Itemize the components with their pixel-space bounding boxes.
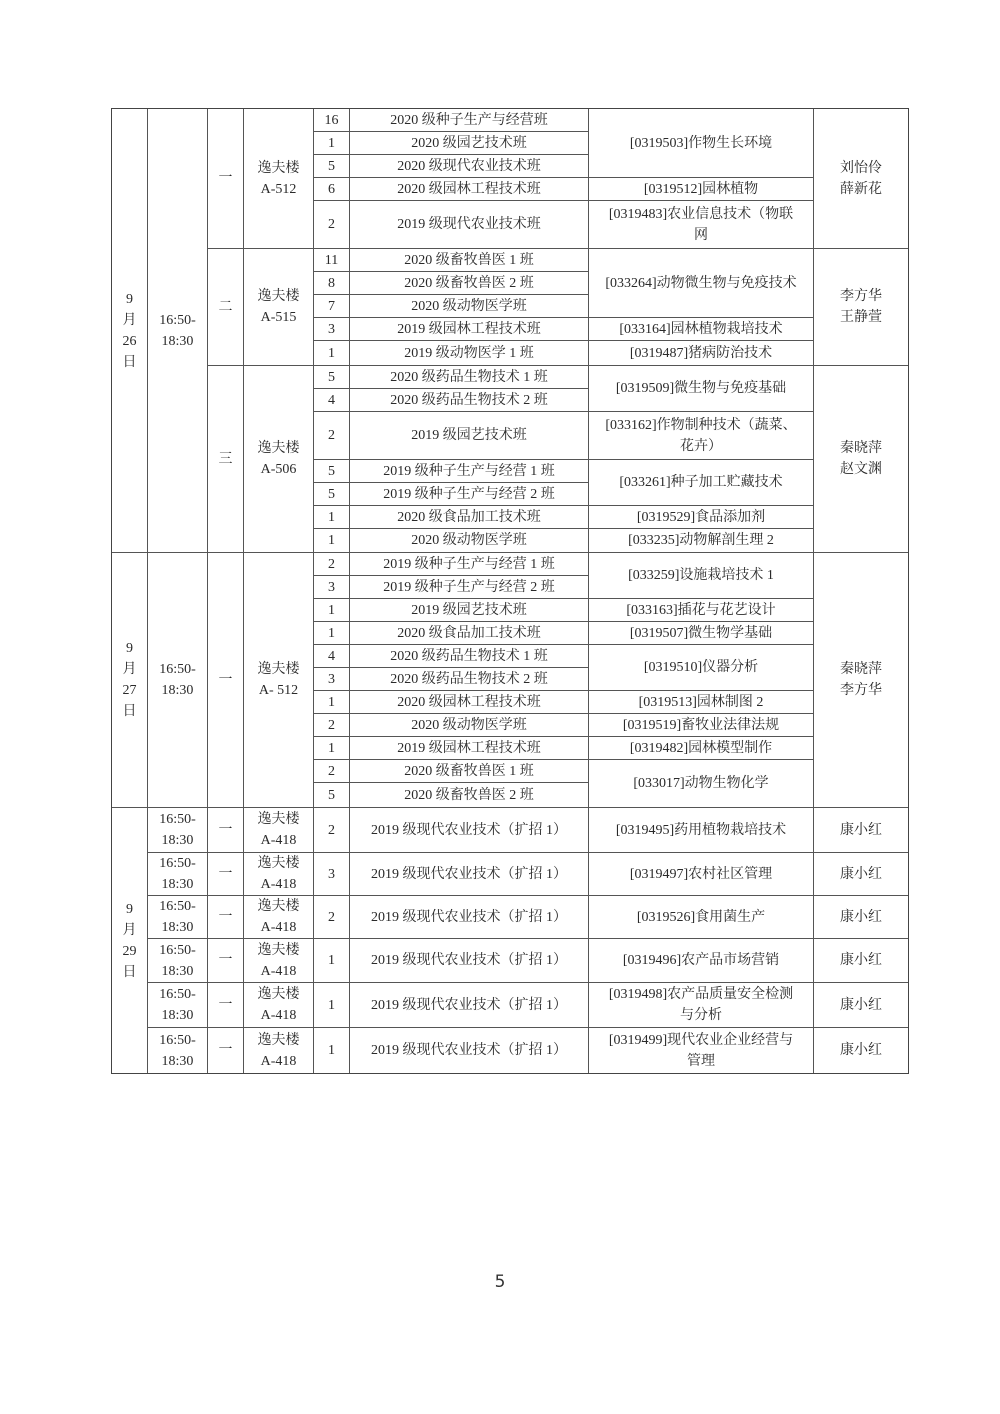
room-cell-text: A-515	[258, 307, 300, 328]
count-cell-text: 1	[328, 343, 335, 364]
count-cell: 4	[313, 388, 350, 412]
class-cell: 2020 级园林工程技术班	[349, 177, 589, 201]
course-cell-text: [0319495]药用植物栽培技术	[616, 820, 786, 841]
class-cell-text: 2020 级种子生产与经营班	[390, 110, 548, 131]
class-cell: 2020 级种子生产与经营班	[349, 108, 589, 132]
room-cell-text: A-506	[258, 459, 300, 480]
class-cell: 2020 级畜牧兽医 2 班	[349, 782, 589, 808]
time-cell: 16:50-18:30	[147, 807, 208, 853]
count-cell: 3	[313, 317, 350, 341]
count-cell-text: 2	[328, 820, 335, 841]
class-cell-text: 2020 级畜牧兽医 2 班	[404, 273, 534, 294]
date-cell-text: 日	[123, 962, 137, 983]
date-cell-text: 月	[123, 920, 137, 941]
course-cell-text: [033235]动物解剖生理 2	[628, 530, 774, 551]
teacher-cell: 刘怡伶薛新花	[813, 108, 909, 249]
teacher-cell-text: 康小红	[840, 1040, 882, 1061]
class-cell-text: 2019 级现代农业技术（扩招 1）	[371, 907, 567, 928]
teacher-cell-text: 秦晓萍	[840, 659, 882, 680]
class-cell: 2020 级畜牧兽医 2 班	[349, 271, 589, 295]
room-cell: 逸夫楼A-418	[243, 895, 314, 939]
class-cell: 2019 级园林工程技术班	[349, 736, 589, 760]
course-cell-text: [0319513]园林制图 2	[639, 692, 764, 713]
class-cell: 2020 级动物医学班	[349, 294, 589, 318]
class-cell: 2019 级园艺技术班	[349, 598, 589, 622]
class-cell: 2019 级动物医学 1 班	[349, 340, 589, 366]
class-cell-text: 2019 级种子生产与经营 2 班	[383, 577, 555, 598]
count-cell-text: 4	[328, 646, 335, 667]
time-cell-text: 18:30	[159, 961, 196, 982]
course-cell-text: [033017]动物生物化学	[633, 773, 768, 794]
teacher-cell-text: 李方华	[840, 680, 882, 701]
room-cell-text: 逸夫楼	[258, 438, 300, 459]
room-cell-text: A-512	[258, 179, 300, 200]
course-cell-text: [0319499]现代农业企业经营与	[609, 1030, 793, 1051]
date-cell-text: 9	[123, 899, 137, 920]
room-cell-text: 逸夫楼	[258, 896, 300, 917]
teacher-cell: 秦晓萍李方华	[813, 552, 909, 808]
time-cell-text: 18:30	[159, 331, 196, 352]
time-cell-text: 18:30	[159, 1005, 196, 1026]
room-cell-text: A-418	[258, 874, 300, 895]
count-cell: 3	[313, 575, 350, 599]
room-cell: 逸夫楼A-418	[243, 807, 314, 853]
count-cell-text: 1	[328, 995, 335, 1016]
room-cell-text: 逸夫楼	[258, 158, 300, 179]
room-cell-text: A-418	[258, 830, 300, 851]
count-cell: 6	[313, 177, 350, 201]
class-cell: 2019 级现代农业技术班	[349, 200, 589, 249]
count-cell: 11	[313, 248, 350, 272]
course-cell-text: [033163]插花与花艺设计	[626, 600, 775, 621]
course-cell-text: [033259]设施栽培技术 1	[628, 565, 774, 586]
count-cell: 1	[313, 690, 350, 714]
teacher-cell-text: 康小红	[840, 950, 882, 971]
room-cell: 逸夫楼A-418	[243, 982, 314, 1028]
room-cell-text: A-418	[258, 1005, 300, 1026]
class-cell-text: 2019 级现代农业技术（扩招 1）	[371, 1040, 567, 1061]
class-cell: 2020 级现代农业技术班	[349, 154, 589, 178]
count-cell-text: 1	[328, 600, 335, 621]
group-cell: 一	[207, 938, 244, 983]
date-cell-text: 月	[123, 310, 137, 331]
course-cell-text: [0319503]作物生长环境	[630, 133, 772, 154]
course-cell-text: 网	[609, 225, 793, 246]
course-cell: [033264]动物微生物与免疫技术	[588, 248, 814, 318]
time-cell: 16:50-18:30	[147, 895, 208, 939]
class-cell-text: 2019 级种子生产与经营 1 班	[383, 554, 555, 575]
count-cell-text: 11	[325, 250, 338, 271]
course-cell: [033235]动物解剖生理 2	[588, 528, 814, 553]
time-cell-text: 18:30	[159, 830, 196, 851]
course-cell: [033259]设施栽培技术 1	[588, 552, 814, 599]
teacher-cell-text: 李方华	[840, 286, 882, 307]
teacher-cell: 康小红	[813, 852, 909, 896]
class-cell-text: 2019 级现代农业技术班	[397, 214, 541, 235]
count-cell-text: 2	[328, 761, 335, 782]
course-cell-text: [0319482]园林模型制作	[630, 738, 772, 759]
room-cell: 逸夫楼A-515	[243, 248, 314, 366]
group-cell-text: 一	[219, 907, 233, 928]
class-cell: 2019 级种子生产与经营 1 班	[349, 552, 589, 576]
count-cell: 2	[313, 713, 350, 737]
teacher-cell: 康小红	[813, 895, 909, 939]
count-cell: 1	[313, 736, 350, 760]
count-cell: 16	[313, 108, 350, 132]
course-cell-text: [0319509]微生物与免疫基础	[616, 378, 786, 399]
count-cell: 5	[313, 154, 350, 178]
time-cell-text: 18:30	[159, 1051, 196, 1072]
count-cell: 5	[313, 459, 350, 483]
course-cell-text: [0319526]食用菌生产	[637, 907, 765, 928]
course-cell-text: [033261]种子加工贮藏技术	[619, 472, 782, 493]
room-cell-text: 逸夫楼	[258, 853, 300, 874]
class-cell-text: 2019 级园林工程技术班	[397, 738, 541, 759]
course-cell-text: [0319507]微生物学基础	[630, 623, 772, 644]
group-cell: 一	[207, 1027, 244, 1074]
class-cell: 2020 级食品加工技术班	[349, 505, 589, 529]
teacher-cell-text: 薛新花	[840, 179, 882, 200]
course-cell: [033164]园林植物栽培技术	[588, 317, 814, 341]
room-cell-text: A-418	[258, 917, 300, 938]
group-cell: 一	[207, 807, 244, 853]
room-cell-text: A- 512	[258, 680, 300, 701]
course-cell: [0319487]猪病防治技术	[588, 340, 814, 366]
count-cell-text: 5	[328, 367, 335, 388]
class-cell: 2019 级园艺技术班	[349, 411, 589, 460]
time-cell: 16:50-18:30	[147, 108, 208, 553]
course-cell: [0319526]食用菌生产	[588, 895, 814, 939]
course-cell-text: [033162]作物制种技术（蔬菜、	[605, 415, 796, 436]
room-cell-text: 逸夫楼	[258, 809, 300, 830]
class-cell-text: 2020 级园艺技术班	[411, 133, 527, 154]
date-cell-text: 9	[123, 638, 137, 659]
course-cell-text: 管理	[609, 1051, 793, 1072]
class-cell: 2020 级园林工程技术班	[349, 690, 589, 714]
course-cell: [0319529]食品添加剂	[588, 505, 814, 529]
class-cell-text: 2020 级动物医学班	[411, 530, 527, 551]
course-cell: [0319503]作物生长环境	[588, 108, 814, 178]
room-cell: 逸夫楼A- 512	[243, 552, 314, 808]
group-cell: 一	[207, 982, 244, 1028]
class-cell: 2019 级现代农业技术（扩招 1）	[349, 982, 589, 1028]
time-cell-text: 16:50-	[159, 853, 196, 874]
count-cell-text: 7	[328, 296, 335, 317]
class-cell-text: 2019 级动物医学 1 班	[404, 343, 534, 364]
room-cell-text: 逸夫楼	[258, 984, 300, 1005]
count-cell-text: 3	[328, 577, 335, 598]
time-cell-text: 16:50-	[159, 1030, 196, 1051]
count-cell-text: 2	[328, 425, 335, 446]
count-cell: 2	[313, 552, 350, 576]
count-cell-text: 1	[328, 507, 335, 528]
class-cell: 2019 级现代农业技术（扩招 1）	[349, 1027, 589, 1074]
course-cell: [0319498]农产品质量安全检测与分析	[588, 982, 814, 1028]
teacher-cell-text: 康小红	[840, 907, 882, 928]
teacher-cell-text: 刘怡伶	[840, 158, 882, 179]
room-cell: 逸夫楼A-512	[243, 108, 314, 249]
class-cell: 2019 级园林工程技术班	[349, 317, 589, 341]
teacher-cell: 康小红	[813, 938, 909, 983]
course-cell-text: 花卉）	[605, 436, 796, 457]
group-cell: 一	[207, 108, 244, 249]
class-cell: 2019 级现代农业技术（扩招 1）	[349, 807, 589, 853]
class-cell: 2019 级现代农业技术（扩招 1）	[349, 895, 589, 939]
class-cell-text: 2019 级现代农业技术（扩招 1）	[371, 950, 567, 971]
group-cell-text: 一	[219, 950, 233, 971]
class-cell-text: 2020 级园林工程技术班	[397, 179, 541, 200]
count-cell: 1	[313, 131, 350, 155]
course-cell-text: [0319498]农产品质量安全检测	[609, 984, 793, 1005]
course-cell: [033163]插花与花艺设计	[588, 598, 814, 622]
count-cell: 3	[313, 852, 350, 896]
course-cell: [0319497]农村社区管理	[588, 852, 814, 896]
count-cell: 2	[313, 411, 350, 460]
course-cell-text: [033264]动物微生物与免疫技术	[605, 273, 796, 294]
course-cell: [0319482]园林模型制作	[588, 736, 814, 760]
count-cell: 7	[313, 294, 350, 318]
course-cell: [0319483]农业信息技术（物联网	[588, 200, 814, 249]
class-cell-text: 2019 级现代农业技术（扩招 1）	[371, 864, 567, 885]
count-cell-text: 8	[328, 273, 335, 294]
count-cell-text: 1	[328, 692, 335, 713]
class-cell-text: 2020 级药品生物技术 2 班	[390, 669, 548, 690]
date-cell-text: 月	[123, 659, 137, 680]
room-cell-text: 逸夫楼	[258, 1030, 300, 1051]
course-cell: [0319512]园林植物	[588, 177, 814, 201]
group-cell: 一	[207, 852, 244, 896]
room-cell-text: 逸夫楼	[258, 659, 300, 680]
count-cell-text: 2	[328, 907, 335, 928]
exam-schedule-page: 9月26日16:50-18:30一逸夫楼A-512162020 级种子生产与经营…	[0, 0, 1000, 1414]
date-cell-text: 日	[123, 701, 137, 722]
class-cell-text: 2020 级现代农业技术班	[397, 156, 541, 177]
course-cell-text: [0319510]仪器分析	[644, 657, 758, 678]
count-cell-text: 6	[328, 179, 335, 200]
count-cell-text: 1	[328, 623, 335, 644]
date-cell-text: 27	[123, 680, 137, 701]
teacher-cell-text: 康小红	[840, 820, 882, 841]
count-cell: 1	[313, 621, 350, 645]
time-cell: 16:50-18:30	[147, 552, 208, 808]
course-cell: [033261]种子加工贮藏技术	[588, 459, 814, 506]
group-cell-text: 一	[219, 864, 233, 885]
group-cell-text: 一	[219, 1040, 233, 1061]
time-cell: 16:50-18:30	[147, 982, 208, 1028]
room-cell: 逸夫楼A-418	[243, 938, 314, 983]
class-cell: 2020 级食品加工技术班	[349, 621, 589, 645]
group-cell-text: 一	[219, 820, 233, 841]
class-cell: 2019 级现代农业技术（扩招 1）	[349, 852, 589, 896]
count-cell-text: 5	[328, 156, 335, 177]
course-cell-text: [0319512]园林植物	[644, 179, 758, 200]
class-cell: 2020 级动物医学班	[349, 713, 589, 737]
count-cell: 5	[313, 782, 350, 808]
room-cell: 逸夫楼A-418	[243, 852, 314, 896]
group-cell-text: 三	[219, 449, 233, 470]
teacher-cell-text: 王静萱	[840, 307, 882, 328]
course-cell: [0319507]微生物学基础	[588, 621, 814, 645]
class-cell: 2020 级畜牧兽医 1 班	[349, 248, 589, 272]
course-cell-text: 与分析	[609, 1005, 793, 1026]
class-cell: 2020 级药品生物技术 1 班	[349, 365, 589, 389]
course-cell-text: [0319496]农产品市场营销	[623, 950, 779, 971]
count-cell: 5	[313, 365, 350, 389]
class-cell: 2019 级种子生产与经营 2 班	[349, 575, 589, 599]
group-cell-text: 一	[219, 995, 233, 1016]
group-cell: 一	[207, 895, 244, 939]
count-cell-text: 2	[328, 214, 335, 235]
count-cell-text: 2	[328, 715, 335, 736]
course-cell: [033162]作物制种技术（蔬菜、花卉）	[588, 411, 814, 460]
class-cell-text: 2020 级食品加工技术班	[397, 623, 541, 644]
class-cell-text: 2020 级畜牧兽医 1 班	[404, 250, 534, 271]
room-cell: 逸夫楼A-418	[243, 1027, 314, 1074]
date-cell-text: 9	[123, 289, 137, 310]
course-cell: [0319496]农产品市场营销	[588, 938, 814, 983]
count-cell: 2	[313, 895, 350, 939]
teacher-cell: 康小红	[813, 1027, 909, 1074]
teacher-cell-text: 秦晓萍	[840, 438, 882, 459]
date-cell-text: 26	[123, 331, 137, 352]
count-cell-text: 3	[328, 319, 335, 340]
group-cell-text: 二	[219, 297, 233, 318]
time-cell: 16:50-18:30	[147, 852, 208, 896]
class-cell-text: 2019 级种子生产与经营 1 班	[383, 461, 555, 482]
count-cell-text: 3	[328, 864, 335, 885]
time-cell-text: 16:50-	[159, 940, 196, 961]
date-cell-text: 日	[123, 352, 137, 373]
group-cell-text: 一	[219, 670, 233, 691]
count-cell: 1	[313, 528, 350, 553]
course-cell: [0319509]微生物与免疫基础	[588, 365, 814, 412]
date-cell: 9月29日	[111, 807, 148, 1074]
count-cell: 2	[313, 759, 350, 783]
time-cell-text: 16:50-	[159, 809, 196, 830]
date-cell: 9月26日	[111, 108, 148, 553]
count-cell-text: 5	[328, 484, 335, 505]
class-cell: 2020 级药品生物技术 1 班	[349, 644, 589, 668]
count-cell: 8	[313, 271, 350, 295]
course-cell: [0319499]现代农业企业经营与管理	[588, 1027, 814, 1074]
class-cell: 2020 级药品生物技术 2 班	[349, 667, 589, 691]
class-cell-text: 2020 级动物医学班	[411, 715, 527, 736]
class-cell: 2020 级畜牧兽医 1 班	[349, 759, 589, 783]
date-cell-text: 29	[123, 941, 137, 962]
time-cell-text: 18:30	[159, 680, 196, 701]
class-cell: 2020 级药品生物技术 2 班	[349, 388, 589, 412]
count-cell-text: 2	[328, 554, 335, 575]
class-cell-text: 2020 级动物医学班	[411, 296, 527, 317]
count-cell: 1	[313, 340, 350, 366]
course-cell-text: [0319487]猪病防治技术	[630, 343, 772, 364]
room-cell-text: A-418	[258, 961, 300, 982]
room-cell: 逸夫楼A-506	[243, 365, 314, 553]
teacher-cell-text: 康小红	[840, 864, 882, 885]
class-cell-text: 2019 级园艺技术班	[411, 425, 527, 446]
count-cell-text: 1	[328, 530, 335, 551]
course-cell-text: [0319483]农业信息技术（物联	[609, 204, 793, 225]
teacher-cell-text: 康小红	[840, 995, 882, 1016]
teacher-cell: 康小红	[813, 807, 909, 853]
course-cell-text: [033164]园林植物栽培技术	[619, 319, 782, 340]
teacher-cell: 秦晓萍赵文渊	[813, 365, 909, 553]
class-cell: 2019 级现代农业技术（扩招 1）	[349, 938, 589, 983]
count-cell: 1	[313, 505, 350, 529]
class-cell-text: 2019 级现代农业技术（扩招 1）	[371, 820, 567, 841]
count-cell: 2	[313, 200, 350, 249]
count-cell-text: 3	[328, 669, 335, 690]
class-cell: 2020 级动物医学班	[349, 528, 589, 553]
group-cell: 三	[207, 365, 244, 553]
time-cell-text: 16:50-	[159, 310, 196, 331]
count-cell-text: 1	[328, 133, 335, 154]
count-cell: 4	[313, 644, 350, 668]
class-cell: 2019 级种子生产与经营 2 班	[349, 482, 589, 506]
count-cell-text: 1	[328, 738, 335, 759]
page-number: 5	[0, 1272, 1000, 1292]
count-cell: 1	[313, 1027, 350, 1074]
course-cell-text: [0319529]食品添加剂	[637, 507, 765, 528]
time-cell-text: 16:50-	[159, 659, 196, 680]
class-cell-text: 2019 级种子生产与经营 2 班	[383, 484, 555, 505]
date-cell: 9月27日	[111, 552, 148, 808]
class-cell-text: 2020 级药品生物技术 1 班	[390, 367, 548, 388]
count-cell: 2	[313, 807, 350, 853]
class-cell-text: 2019 级现代农业技术（扩招 1）	[371, 995, 567, 1016]
teacher-cell: 李方华王静萱	[813, 248, 909, 366]
count-cell-text: 5	[328, 785, 335, 806]
teacher-cell: 康小红	[813, 982, 909, 1028]
class-cell: 2019 级种子生产与经营 1 班	[349, 459, 589, 483]
room-cell-text: 逸夫楼	[258, 286, 300, 307]
count-cell-text: 5	[328, 461, 335, 482]
class-cell-text: 2020 级食品加工技术班	[397, 507, 541, 528]
count-cell: 3	[313, 667, 350, 691]
class-cell-text: 2019 级园林工程技术班	[397, 319, 541, 340]
class-cell-text: 2020 级药品生物技术 2 班	[390, 390, 548, 411]
group-cell: 二	[207, 248, 244, 366]
count-cell: 1	[313, 982, 350, 1028]
time-cell: 16:50-18:30	[147, 938, 208, 983]
time-cell-text: 18:30	[159, 874, 196, 895]
course-cell: [0319495]药用植物栽培技术	[588, 807, 814, 853]
count-cell-text: 16	[325, 110, 339, 131]
class-cell-text: 2020 级药品生物技术 1 班	[390, 646, 548, 667]
count-cell: 1	[313, 598, 350, 622]
count-cell-text: 4	[328, 390, 335, 411]
time-cell-text: 18:30	[159, 917, 196, 938]
room-cell-text: A-418	[258, 1051, 300, 1072]
time-cell-text: 16:50-	[159, 984, 196, 1005]
group-cell-text: 一	[219, 168, 233, 189]
group-cell: 一	[207, 552, 244, 808]
time-cell: 16:50-18:30	[147, 1027, 208, 1074]
count-cell: 5	[313, 482, 350, 506]
count-cell-text: 1	[328, 1040, 335, 1061]
class-cell-text: 2020 级畜牧兽医 1 班	[404, 761, 534, 782]
class-cell: 2020 级园艺技术班	[349, 131, 589, 155]
course-cell: [0319510]仪器分析	[588, 644, 814, 691]
count-cell: 1	[313, 938, 350, 983]
course-cell: [0319519]畜牧业法律法规	[588, 713, 814, 737]
time-cell-text: 16:50-	[159, 896, 196, 917]
course-cell-text: [0319497]农村社区管理	[630, 864, 772, 885]
course-cell-text: [0319519]畜牧业法律法规	[623, 715, 779, 736]
class-cell-text: 2020 级园林工程技术班	[397, 692, 541, 713]
course-cell: [0319513]园林制图 2	[588, 690, 814, 714]
count-cell-text: 1	[328, 950, 335, 971]
